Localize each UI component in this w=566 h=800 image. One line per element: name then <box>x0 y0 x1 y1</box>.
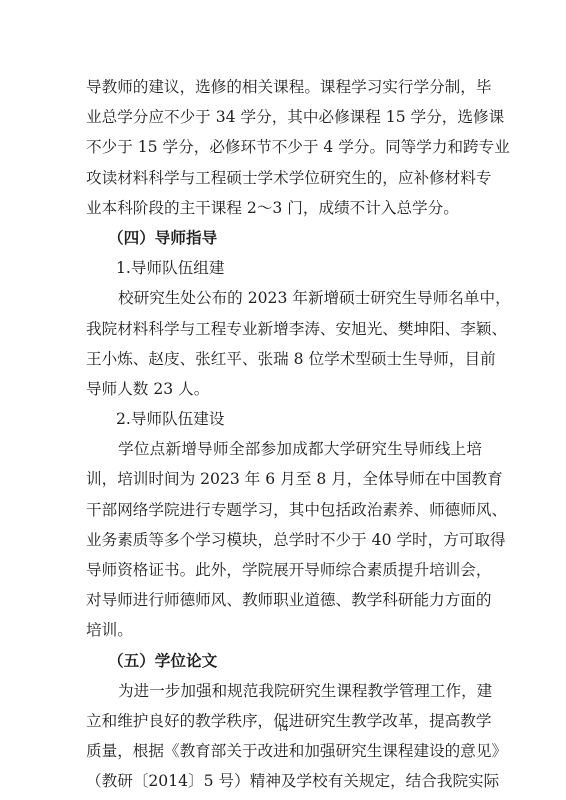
paragraph-line: 业本科阶段的主干课程 2～3 门，成绩不计入总学分。 <box>86 193 482 223</box>
paragraph-line: （教研〔2014〕5 号）精神及学校有关规定，结合我院实际 <box>86 766 482 796</box>
paragraph-line: 学位点新增导师全部参加成都大学研究生导师线上培 <box>86 434 482 464</box>
subsection-heading-2: 2.导师队伍建设 <box>86 404 482 434</box>
paragraph-line: 质量，根据《教育部关于改进和加强研究生课程建设的意见》 <box>86 736 482 766</box>
paragraph-line: 业总学分应不少于 34 学分，其中必修课程 15 学分，选修课 <box>86 102 482 132</box>
paragraph-line: 导师资格证书。此外，学院展开导师综合素质提升培训会， <box>86 555 482 585</box>
paragraph-line: 干部网络学院进行专题学习，其中包括政治素养、师德师风、 <box>86 495 482 525</box>
paragraph-line: 导教师的建议，选修的相关课程。课程学习实行学分制，毕 <box>86 72 482 102</box>
paragraph-line: 对导师进行师德师风、教师职业道德、教学科研能力方面的 <box>86 585 482 615</box>
paragraph-line: 我院材料科学与工程专业新增李涛、安旭光、樊坤阳、李颖、 <box>86 314 482 344</box>
section-heading-4: （四）导师指导 <box>86 223 482 253</box>
page-number: 14 <box>0 723 566 734</box>
paragraph-line: 培训。 <box>86 615 482 645</box>
paragraph-line: 业务素质等多个学习模块，总学时不少于 40 学时，方可取得 <box>86 525 482 555</box>
paragraph-line: 不少于 15 学分，必修环节不少于 4 学分。同等学力和跨专业 <box>86 132 482 162</box>
body-text: 导教师的建议，选修的相关课程。课程学习实行学分制，毕 业总学分应不少于 34 学… <box>86 72 482 797</box>
section-heading-5: （五）学位论文 <box>86 646 482 676</box>
paragraph-line: 校研究生处公布的 2023 年新增硕士研究生导师名单中， <box>86 283 482 313</box>
subsection-heading-1: 1.导师队伍组建 <box>86 253 482 283</box>
paragraph-line: 训，培训时间为 2023 年 6 月至 8 月，全体导师在中国教育 <box>86 464 482 494</box>
paragraph-line: 攻读材料科学与工程硕士学术学位研究生的，应补修材料专 <box>86 163 482 193</box>
paragraph-line: 导师人数 23 人。 <box>86 374 482 404</box>
paragraph-line: 王小炼、赵庋、张红平、张瑞 8 位学术型硕士生导师，目前 <box>86 344 482 374</box>
paragraph-line: 为进一步加强和规范我院研究生课程教学管理工作，建 <box>86 676 482 706</box>
document-page: 导教师的建议，选修的相关课程。课程学习实行学分制，毕 业总学分应不少于 34 学… <box>0 0 566 800</box>
